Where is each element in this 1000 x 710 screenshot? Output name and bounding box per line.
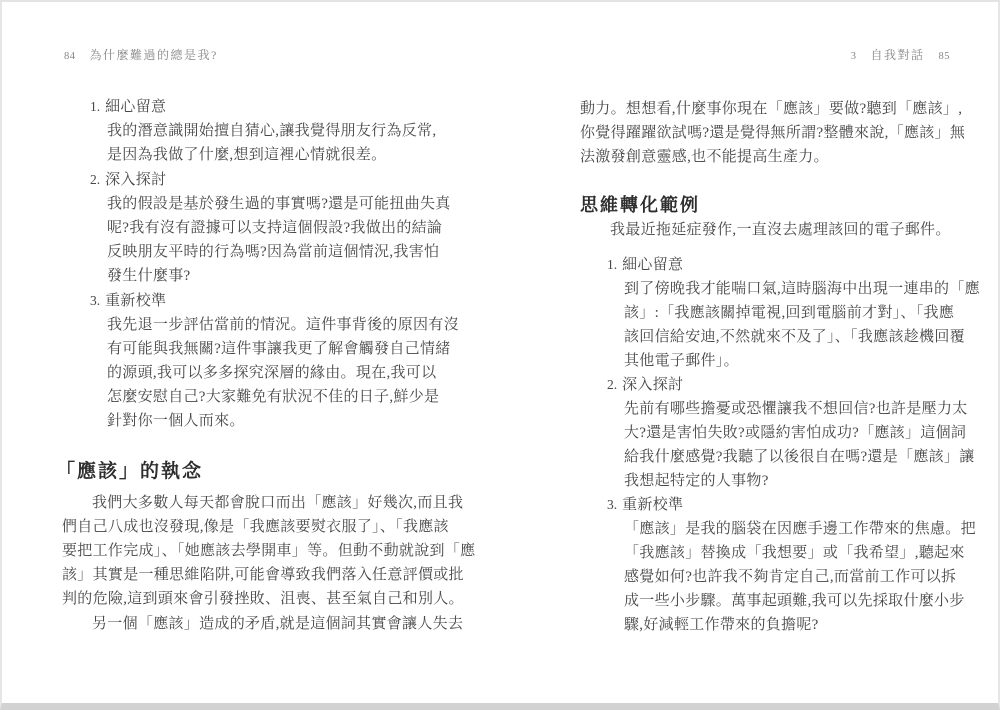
text-line: 你覺得躍躍欲試嗎?還是覺得無所謂?整體來說,「應該」無: [580, 121, 962, 145]
step-number: 1.: [607, 257, 617, 272]
text-line: 法激發創意靈感,也不能提高生產力。: [580, 145, 962, 169]
left-page-number: 84: [64, 51, 76, 62]
step-body: 我的假設是基於發生過的事實嗎?還是可能扭曲失真呢?我有沒有證據可以支持這個假設?…: [62, 192, 467, 289]
chapter-title: 自我對話: [870, 48, 924, 62]
text-line: 驟,好減輕工作帶來的負擔呢?: [580, 613, 962, 637]
book-spread: 84為什麼難過的總是我? 3自我對話85 1.細心留意 我的潛意識開始擅自猜心,…: [0, 0, 1000, 710]
text-line: 動力。想想看,什麼事你現在「應該」要做?聽到「應該」,: [580, 97, 962, 121]
text-line: 大?還是害怕失敗?或隱約害怕成功?「應該」這個詞: [580, 421, 962, 445]
step-name: 深入探討: [105, 172, 166, 188]
text-line: 呢?我有沒有證據可以支持這個假設?我做出的結論: [62, 216, 467, 240]
step-number: 1.: [90, 99, 100, 114]
text-line: 判的危險,這到頭來會引發挫敗、沮喪、甚至氣自己和別人。: [62, 588, 472, 612]
step-name: 細心留意: [622, 257, 683, 273]
left-steps-list: 1.細心留意 我的潛意識開始擅自猜心,讓我覺得朋友行為反常,是因為我做了什麼,想…: [62, 95, 467, 434]
list-item-step: 1.細心留意 到了傍晚我才能喘口氣,這時腦海中出現一連串的「應該」:「我應該關掉…: [580, 253, 962, 373]
text-line: 「我應該」替換成「我想要」或「我希望」,聽起來: [580, 541, 962, 565]
list-item-step: 2.深入探討 我的假設是基於發生過的事實嗎?還是可能扭曲失真呢?我有沒有證據可以…: [62, 168, 467, 289]
step-name: 深入探討: [622, 377, 683, 393]
text-line: 給我什麼感覺?我聽了以後很自在嗎?還是「應該」讓: [580, 445, 962, 469]
text-line: 其他電子郵件」。: [580, 349, 962, 373]
text-line: 該」其實是一種思維陷阱,可能會導致我們落入任意評價或批: [62, 564, 472, 588]
list-item-step: 3.重新校準 「應該」是我的腦袋在因應手邊工作帶來的焦慮。把「我應該」替換成「我…: [580, 493, 962, 637]
paragraph: 我們大多數人每天都會脫口而出「應該」好幾次,而且我們自己八成也沒發現,像是「我應…: [62, 492, 472, 611]
step-number: 2.: [607, 377, 617, 392]
text-line: 該」:「我應該關掉電視,回到電腦前才對」、「我應: [580, 301, 962, 325]
step-title: 1.細心留意: [62, 95, 467, 119]
paragraph-continuation: 動力。想想看,什麼事你現在「應該」要做?聽到「應該」,你覺得躍躍欲試嗎?還是覺得…: [580, 97, 962, 170]
step-title: 3.重新校準: [580, 493, 962, 517]
text-line: 我想起特定的人事物?: [580, 469, 962, 493]
text-line: 們自己八成也沒發現,像是「我應該要熨衣服了」、「我應該: [62, 516, 472, 540]
text-line: 我的假設是基於發生過的事實嗎?還是可能扭曲失真: [62, 192, 467, 216]
text-line: 怎麼安慰自己?大家難免有狀況不佳的日子,鮮少是: [62, 385, 467, 409]
example-intro-paragraph: 我最近拖延症發作,一直沒去處理該回的電子郵件。: [580, 218, 962, 242]
step-name: 重新校準: [622, 497, 683, 513]
text-line: 我們大多數人每天都會脫口而出「應該」好幾次,而且我: [62, 492, 472, 516]
book-title: 為什麼難過的總是我?: [90, 48, 218, 62]
text-line: 「應該」是我的腦袋在因應手邊工作帶來的焦慮。把: [580, 517, 962, 541]
left-running-header: 84為什麼難過的總是我?: [64, 46, 218, 63]
step-number: 2.: [90, 172, 100, 187]
text-line: 成一些小步驟。萬事起頭難,我可以先採取什麼小步: [580, 589, 962, 613]
step-name: 重新校準: [105, 293, 166, 309]
text-line: 是因為我做了什麼,想到這裡心情就很差。: [62, 143, 467, 167]
list-item-step: 3.重新校準 我先退一步評估當前的情況。這件事背後的原因有沒有可能與我無關?這件…: [62, 289, 467, 434]
step-body: 到了傍晚我才能喘口氣,這時腦海中出現一連串的「應該」:「我應該關掉電視,回到電腦…: [580, 277, 962, 373]
step-body: 先前有哪些擔憂或恐懼讓我不想回信?也許是壓力太大?還是害怕失敗?或隱約害怕成功?…: [580, 397, 962, 493]
text-line: 要把工作完成」、「她應該去學開車」等。但動不動就說到「應: [62, 540, 472, 564]
text-line: 的源頭,我可以多多探究深層的緣由。現在,我可以: [62, 361, 467, 385]
text-line: 先前有哪些擔憂或恐懼讓我不想回信?也許是壓力太: [580, 397, 962, 421]
right-running-header: 3自我對話85: [851, 46, 950, 63]
text-line: 發生什麼事?: [62, 264, 467, 288]
text-line: 到了傍晚我才能喘口氣,這時腦海中出現一連串的「應: [580, 277, 962, 301]
text-line: 針對你一個人而來。: [62, 409, 467, 433]
list-item-step: 2.深入探討 先前有哪些擔憂或恐懼讓我不想回信?也許是壓力太大?還是害怕失敗?或…: [580, 373, 962, 493]
text-line: 該回信給安迪,不然就來不及了」、「我應該趁機回覆: [580, 325, 962, 349]
right-steps-list: 1.細心留意 到了傍晚我才能喘口氣,這時腦海中出現一連串的「應該」:「我應該關掉…: [580, 253, 962, 637]
text-line: 有可能與我無關?這件事讓我更了解會觸發自己情緒: [62, 337, 467, 361]
step-number: 3.: [607, 497, 617, 512]
text-line: 另一個「應該」造成的矛盾,就是這個詞其實會讓人失去: [62, 612, 472, 636]
step-title: 2.深入探討: [62, 168, 467, 192]
paragraph: 另一個「應該」造成的矛盾,就是這個詞其實會讓人失去: [62, 612, 472, 636]
step-title: 3.重新校準: [62, 289, 467, 313]
text-line: 反映朋友平時的行為嗎?因為當前這個情況,我害怕: [62, 240, 467, 264]
text-line: 感覺如何?也許我不夠肯定自己,而當前工作可以拆: [580, 565, 962, 589]
list-item-step: 1.細心留意 我的潛意識開始擅自猜心,讓我覺得朋友行為反常,是因為我做了什麼,想…: [62, 95, 467, 168]
step-title: 1.細心留意: [580, 253, 962, 277]
right-page-number: 85: [939, 51, 951, 62]
step-name: 細心留意: [105, 99, 166, 115]
step-title: 2.深入探討: [580, 373, 962, 397]
text-line: 我最近拖延症發作,一直沒去處理該回的電子郵件。: [580, 218, 962, 242]
step-number: 3.: [90, 293, 100, 308]
step-body: 我先退一步評估當前的情況。這件事背後的原因有沒有可能與我無關?這件事讓我更了解會…: [62, 313, 467, 434]
section-heading-thought-reframe-example: 思維轉化範例: [580, 191, 700, 217]
chapter-number: 3: [851, 51, 857, 62]
step-body: 「應該」是我的腦袋在因應手邊工作帶來的焦慮。把「我應該」替換成「我想要」或「我希…: [580, 517, 962, 637]
text-line: 我先退一步評估當前的情況。這件事背後的原因有沒: [62, 313, 467, 337]
section-heading-should-obsession: 「應該」的執念: [56, 456, 203, 483]
step-body: 我的潛意識開始擅自猜心,讓我覺得朋友行為反常,是因為我做了什麼,想到這裡心情就很…: [62, 119, 467, 167]
text-line: 我的潛意識開始擅自猜心,讓我覺得朋友行為反常,: [62, 119, 467, 143]
